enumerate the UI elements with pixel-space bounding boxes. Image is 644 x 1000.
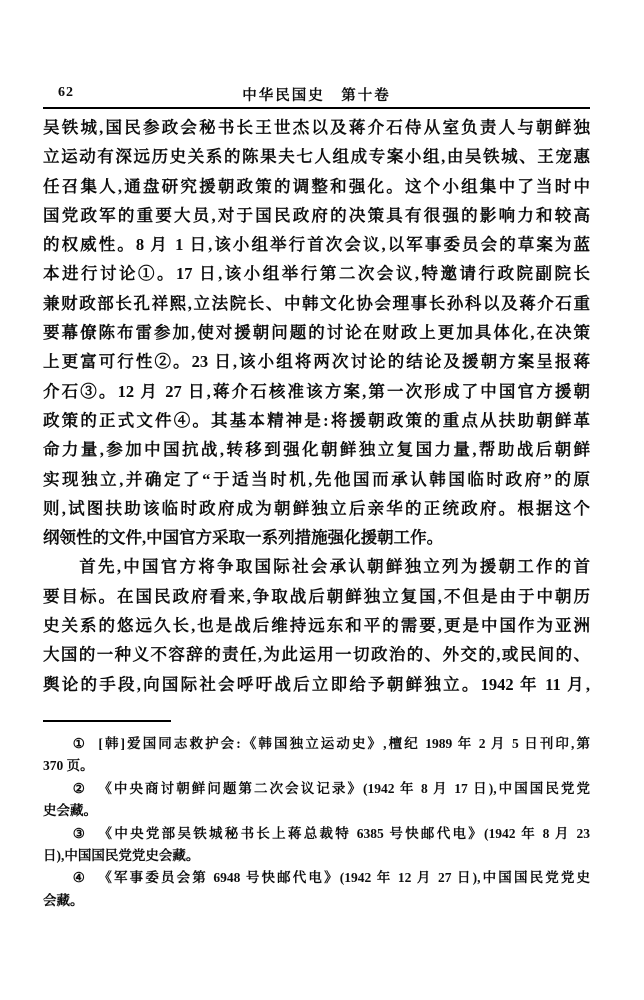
footnote-line: ②《中央商讨朝鲜问题第二次会议记录》(1942 年 8 月 17 日),中国国民… — [43, 778, 590, 800]
body-line: 大国的一种义不容辞的责任,为此运用一切政治的、外交的,或民间的、 — [43, 640, 590, 669]
footnote-marker: ④ — [73, 870, 87, 885]
body-line: 吴铁城,国民参政会秘书长王世杰以及蒋介石侍从室负责人与朝鲜独 — [43, 113, 590, 142]
body-line: 则,试图扶助该临时政府成为朝鲜独立后亲华的正统政府。根据这个 — [43, 494, 590, 523]
footnote-line: 史会藏。 — [43, 800, 590, 822]
body-line: 介石③。12 月 27 日,蒋介石核准该方案,第一次形成了中国官方援朝 — [43, 377, 590, 406]
book-page: 62 中华民国史 第十卷 吴铁城,国民参政会秘书长王世杰以及蒋介石侍从室负责人与… — [0, 0, 644, 1000]
footnote-line: 370 页。 — [43, 755, 590, 777]
footnote-marker: ① — [73, 736, 87, 751]
body-line: 的权威性。8 月 1 日,该小组举行首次会议,以军事委员会的草案为蓝 — [43, 230, 590, 259]
body-line: 国党政军的重要大员,对于国民政府的决策具有很强的影响力和较高 — [43, 201, 590, 230]
body-line: 兼财政部长孔祥熙,立法院长、中韩文化协会理事长孙科以及蒋介石重 — [43, 289, 590, 318]
header-rule — [43, 107, 590, 109]
body-line: 上更富可行性②。23 日,该小组将两次讨论的结论及援朝方案呈报蒋 — [43, 347, 590, 376]
footnote-text: [韩]爱国同志救护会:《韩国独立运动史》,檀纪 1989 年 2 月 5 日刊印… — [98, 736, 590, 751]
footnote-marker: ③ — [73, 826, 87, 841]
body-line: 立运动有深远历史关系的陈果夫七人组成专案小组,由吴铁城、王宠惠 — [43, 142, 590, 171]
body-line: 命力量,参加中国抗战,转移到强化朝鲜独立复国力量,帮助战后朝鲜 — [43, 435, 590, 464]
footnote-text: 《中央商讨朝鲜问题第二次会议记录》(1942 年 8 月 17 日),中国国民党… — [98, 781, 590, 796]
page-header: 62 中华民国史 第十卷 — [43, 84, 590, 102]
body-line: 要目标。在国民政府看来,争取战后朝鲜独立复国,不但是由于中朝历 — [43, 582, 590, 611]
footnote-marker: ② — [73, 781, 87, 796]
body-line-paragraph-end: 纲领性的文件,中国官方采取一系列措施强化援朝工作。 — [43, 523, 590, 552]
footnote-line: 日),中国国民党党史会藏。 — [43, 845, 590, 867]
footnote-line: ①[韩]爱国同志救护会:《韩国独立运动史》,檀纪 1989 年 2 月 5 日刊… — [43, 733, 590, 755]
footnote-line: ④《军事委员会第 6948 号快邮代电》(1942 年 12 月 27 日),中… — [43, 867, 590, 889]
body-text: 吴铁城,国民参政会秘书长王世杰以及蒋介石侍从室负责人与朝鲜独 立运动有深远历史关… — [43, 113, 590, 699]
body-line: 实现独立,并确定了“于适当时机,先他国而承认韩国临时政府”的原 — [43, 465, 590, 494]
footnote-separator — [43, 720, 171, 722]
body-line: 政策的正式文件④。其基本精神是:将援朝政策的重点从扶助朝鲜革 — [43, 406, 590, 435]
body-line: 史关系的悠远久长,也是战后维持远东和平的需要,更是中国作为亚洲 — [43, 611, 590, 640]
body-line: 舆论的手段,向国际社会呼吁战后立即给予朝鲜独立。1942 年 11 月, — [43, 670, 590, 699]
footnote-text: 《中央党部吴铁城秘书长上蒋总裁特 6385 号快邮代电》(1942 年 8 月 … — [99, 826, 590, 841]
footnote-line: 会藏。 — [43, 890, 590, 912]
page-number: 62 — [58, 85, 74, 101]
body-line: 本进行讨论①。17 日,该小组举行第二次会议,特邀请行政院副院长 — [43, 259, 590, 288]
body-line: 要幕僚陈布雷参加,使对援朝问题的讨论在财政上更加具体化,在决策 — [43, 318, 590, 347]
footnote-text: 《军事委员会第 6948 号快邮代电》(1942 年 12 月 27 日),中国… — [98, 870, 590, 885]
body-line-paragraph-start: 首先,中国官方将争取国际社会承认朝鲜独立列为援朝工作的首 — [43, 552, 590, 581]
footnote-line: ③《中央党部吴铁城秘书长上蒋总裁特 6385 号快邮代电》(1942 年 8 月… — [43, 823, 590, 845]
footnotes: ①[韩]爱国同志救护会:《韩国独立运动史》,檀纪 1989 年 2 月 5 日刊… — [43, 733, 590, 912]
running-title: 中华民国史 第十卷 — [43, 84, 590, 105]
body-line: 任召集人,通盘研究援朝政策的调整和强化。这个小组集中了当时中 — [43, 172, 590, 201]
